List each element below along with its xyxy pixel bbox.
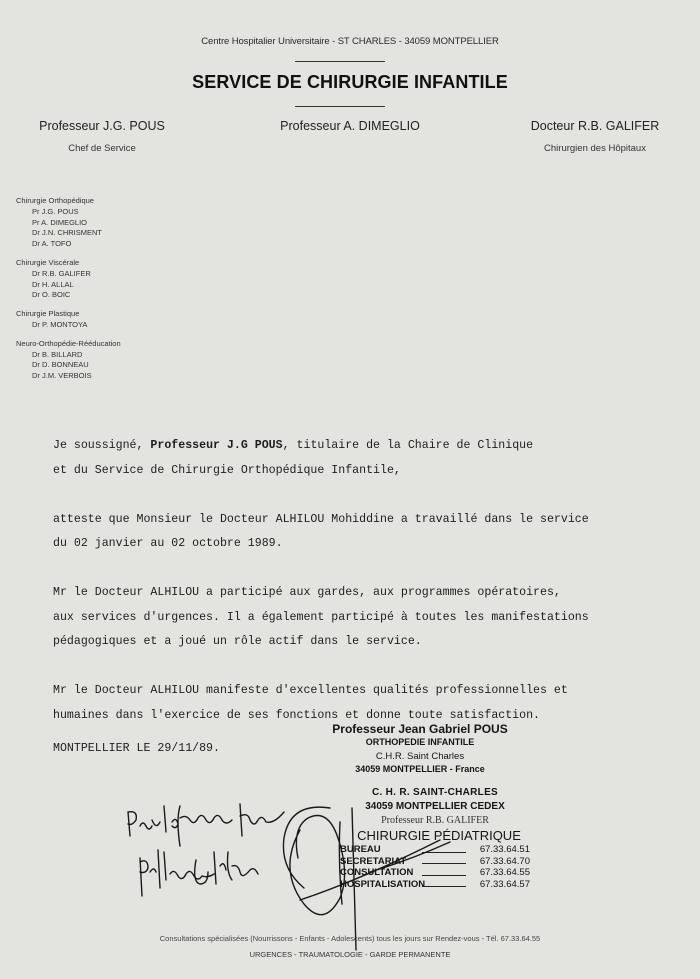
- hospital-stamp: C. H. R. SAINT-CHARLES 34059 MONTPELLIER…: [340, 786, 530, 890]
- head-column-pous: Professeur J.G. POUS Chef de Service: [22, 119, 182, 154]
- phone-number: 67.33.64.70: [470, 856, 530, 868]
- staff-member: Dr H. ALLAL: [16, 280, 121, 291]
- staff-group-title: Chirurgie Orthopédique: [16, 196, 121, 207]
- phone-row-consultation: CONSULTATION67.33.64.55: [340, 867, 530, 879]
- head-role: Chirurgien des Hôpitaux: [510, 143, 680, 154]
- staff-member: Dr J.M. VERBOIS: [16, 371, 121, 382]
- staff-member: Dr B. BILLARD: [16, 350, 121, 361]
- staff-group-orthopedie: Chirurgie Orthopédique Pr J.G. POUS Pr A…: [16, 196, 121, 250]
- head-role: Chef de Service: [22, 143, 182, 154]
- staff-member: Dr D. BONNEAU: [16, 360, 121, 371]
- staff-member: Dr J.N. CHRISMENT: [16, 228, 121, 239]
- phone-label: SECRETARIAT: [340, 856, 418, 868]
- phone-row-secretariat: SECRETARIAT67.33.64.70: [340, 856, 530, 868]
- staff-group-title: Chirurgie Viscérale: [16, 258, 121, 269]
- header-rule-top: [295, 61, 385, 62]
- footer-consultations: Consultations spécialisées (Nourrissons …: [0, 934, 700, 943]
- stamp-hospital: C.H.R. Saint Charles: [300, 750, 540, 764]
- staff-group-neuro: Neuro-Orthopédie-Rééducation Dr B. BILLA…: [16, 339, 121, 382]
- stamp-professor-name: Professeur Jean Gabriel POUS: [300, 722, 540, 736]
- professor-stamp: Professeur Jean Gabriel POUS ORTHOPEDIE …: [300, 722, 540, 777]
- staff-member: Pr A. DIMEGLIO: [16, 218, 121, 229]
- paragraph-3-line-3: pédagogiques et a joué un rôle actif dan…: [53, 630, 673, 655]
- staff-member: Dr A. TOFO: [16, 239, 121, 250]
- head-name: Professeur A. DIMEGLIO: [250, 119, 450, 133]
- phone-number: 67.33.64.51: [470, 844, 530, 856]
- head-column-galifer: Docteur R.B. GALIFER Chirurgien des Hôpi…: [510, 119, 680, 154]
- stamp-city: 34059 MONTPELLIER - France: [300, 763, 540, 777]
- staff-list: Chirurgie Orthopédique Pr J.G. POUS Pr A…: [16, 196, 121, 390]
- paragraph-3-line-1: Mr le Docteur ALHILOU a participé aux ga…: [53, 581, 673, 606]
- letter-body: Je soussigné, Professeur J.G POUS, titul…: [53, 434, 673, 728]
- staff-group-title: Neuro-Orthopédie-Rééducation: [16, 339, 121, 350]
- phone-number: 67.33.64.55: [470, 867, 530, 879]
- staff-member: Dr P. MONTOYA: [16, 320, 121, 331]
- phone-label: BUREAU: [340, 844, 418, 856]
- service-title: SERVICE DE CHIRURGIE INFANTILE: [0, 72, 700, 93]
- head-name: Docteur R.B. GALIFER: [510, 119, 680, 133]
- stamp-hospital-city: 34059 MONTPELLIER CEDEX: [340, 800, 530, 814]
- paragraph-2-line-2: du 02 janvier au 02 octobre 1989.: [53, 532, 673, 557]
- stamp-department: CHIRURGIE PÉDIATRIQUE: [340, 828, 530, 844]
- signatory-name: Professeur J.G POUS: [150, 439, 282, 452]
- phone-row-bureau: BUREAU67.33.64.51: [340, 844, 530, 856]
- staff-group-viscerale: Chirurgie Viscérale Dr R.B. GALIFER Dr H…: [16, 258, 121, 301]
- paragraph-1-line-2: et du Service de Chirurgie Orthopédique …: [53, 459, 673, 484]
- staff-member: Dr R.B. GALIFER: [16, 269, 121, 280]
- paragraph-4-line-1: Mr le Docteur ALHILOU manifeste d'excell…: [53, 679, 673, 704]
- staff-member: Pr J.G. POUS: [16, 207, 121, 218]
- staff-group-title: Chirurgie Plastique: [16, 309, 121, 320]
- text-span: , titulaire de la Chaire de Clinique: [283, 439, 533, 452]
- paragraph-3-line-2: aux services d'urgences. Il a également …: [53, 606, 673, 631]
- header-rule-bottom: [295, 106, 385, 107]
- stamp-department: ORTHOPEDIE INFANTILE: [300, 736, 540, 750]
- place-and-date: MONTPELLIER LE 29/11/89.: [53, 742, 220, 755]
- staff-group-plastique: Chirurgie Plastique Dr P. MONTOYA: [16, 309, 121, 331]
- phone-label: HOSPITALISATION: [340, 879, 418, 891]
- phone-label: CONSULTATION: [340, 867, 418, 879]
- attestation-letter: Centre Hospitalier Universitaire - ST CH…: [0, 0, 700, 979]
- paragraph-2-line-1: atteste que Monsieur le Docteur ALHILOU …: [53, 508, 673, 533]
- paragraph-1-line-1: Je soussigné, Professeur J.G POUS, titul…: [53, 434, 673, 459]
- head-column-dimeglio: Professeur A. DIMEGLIO: [250, 119, 450, 133]
- hospital-header-line: Centre Hospitalier Universitaire - ST CH…: [0, 36, 700, 47]
- stamp-hospital-name: C. H. R. SAINT-CHARLES: [340, 786, 530, 800]
- staff-member: Dr O. BOIC: [16, 290, 121, 301]
- footer-emergencies: URGENCES - TRAUMATOLOGIE - GARDE PERMANE…: [0, 950, 700, 959]
- text-span: Je soussigné,: [53, 439, 150, 452]
- stamp-professor: Professeur R.B. GALIFER: [340, 814, 530, 828]
- phone-number: 67.33.64.57: [470, 879, 530, 891]
- phone-row-hospitalisation: HOSPITALISATION67.33.64.57: [340, 879, 530, 891]
- head-name: Professeur J.G. POUS: [22, 119, 182, 133]
